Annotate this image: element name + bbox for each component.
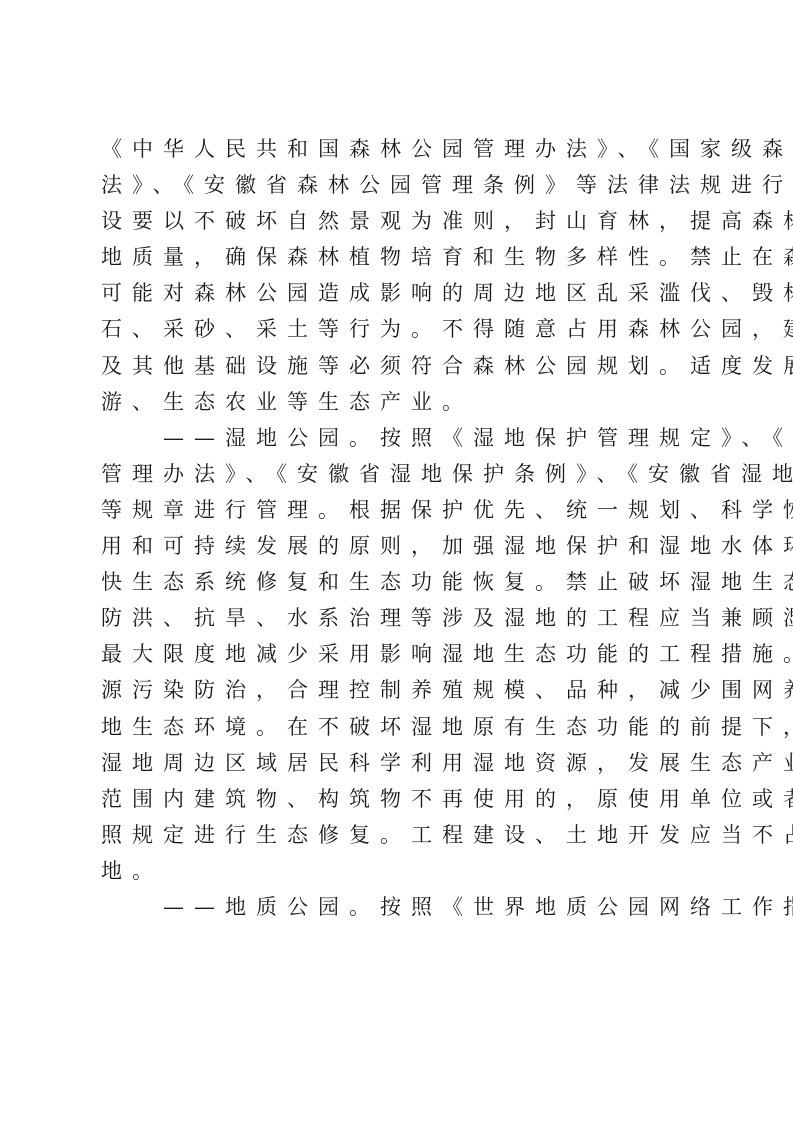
text-line: 照规定进行生态修复。工程建设、土地开发应当不占或者少占湿 xyxy=(101,817,701,853)
text-line: 可能对森林公园造成影响的周边地区乱采滥伐、毁林开荒以及采 xyxy=(101,275,701,311)
text-line: 游、生态农业等生态产业。 xyxy=(101,384,701,420)
text-line: 法》、《安徽省森林公园管理条例》等法律法规进行管理。园区建 xyxy=(101,167,701,203)
text-line: 《中华人民共和国森林公园管理办法》、《国家级森林公园管理办 xyxy=(101,131,701,167)
text-line: 设要以不破坏自然景观为准则，封山育林，提高森林覆盖率和林 xyxy=(101,203,701,239)
text-line: 石、采砂、采土等行为。不得随意占用森林公园，建设旅游设施 xyxy=(101,311,701,347)
document-page: 《中华人民共和国森林公园管理办法》、《国家级森林公园管理办 法》、《安徽省森林公… xyxy=(101,131,701,925)
text-line: 管理办法》、《安徽省湿地保护条例》、《安徽省湿地公园管理办法》 xyxy=(101,456,701,492)
text-line: 湿地周边区域居民科学利用湿地资源，发展生态产业。湿地保护 xyxy=(101,745,701,781)
text-line: 地质量，确保森林植物培育和生物多样性。禁止在森林公园内及 xyxy=(101,239,701,275)
text-line: 最大限度地减少采用影响湿地生态功能的工程措施。加强农业面 xyxy=(101,636,701,672)
text-line: 及其他基础设施等必须符合森林公园规划。适度发展森林生态旅 xyxy=(101,348,701,384)
text-line: 用和可持续发展的原则，加强湿地保护和湿地水体环境治理，加 xyxy=(101,528,701,564)
section-heading-line: ——地质公园。按照《世界地质公园网络工作指南》和《国 xyxy=(101,889,701,925)
text-line: 范围内建筑物、构筑物不再使用的，原使用单位或者个人应当按 xyxy=(101,781,701,817)
text-line: 地生态环境。在不破坏湿地原有生态功能的前提下，引导、扶持 xyxy=(101,709,701,745)
text-line: 等规章进行管理。根据保护优先、统一规划、科学恢复、合理利 xyxy=(101,492,701,528)
text-line: 源污染防治，合理控制养殖规模、品种，减少围网养殖，保护湿 xyxy=(101,672,701,708)
section-heading-line: ——湿地公园。按照《湿地保护管理规定》、《国家湿地公园 xyxy=(101,420,701,456)
text-line: 快生态系统修复和生态功能恢复。禁止破坏湿地生态功能的行为。 xyxy=(101,564,701,600)
text-line: 地。 xyxy=(101,853,701,889)
text-line: 防洪、抗旱、水系治理等涉及湿地的工程应当兼顾湿地生态功能， xyxy=(101,600,701,636)
